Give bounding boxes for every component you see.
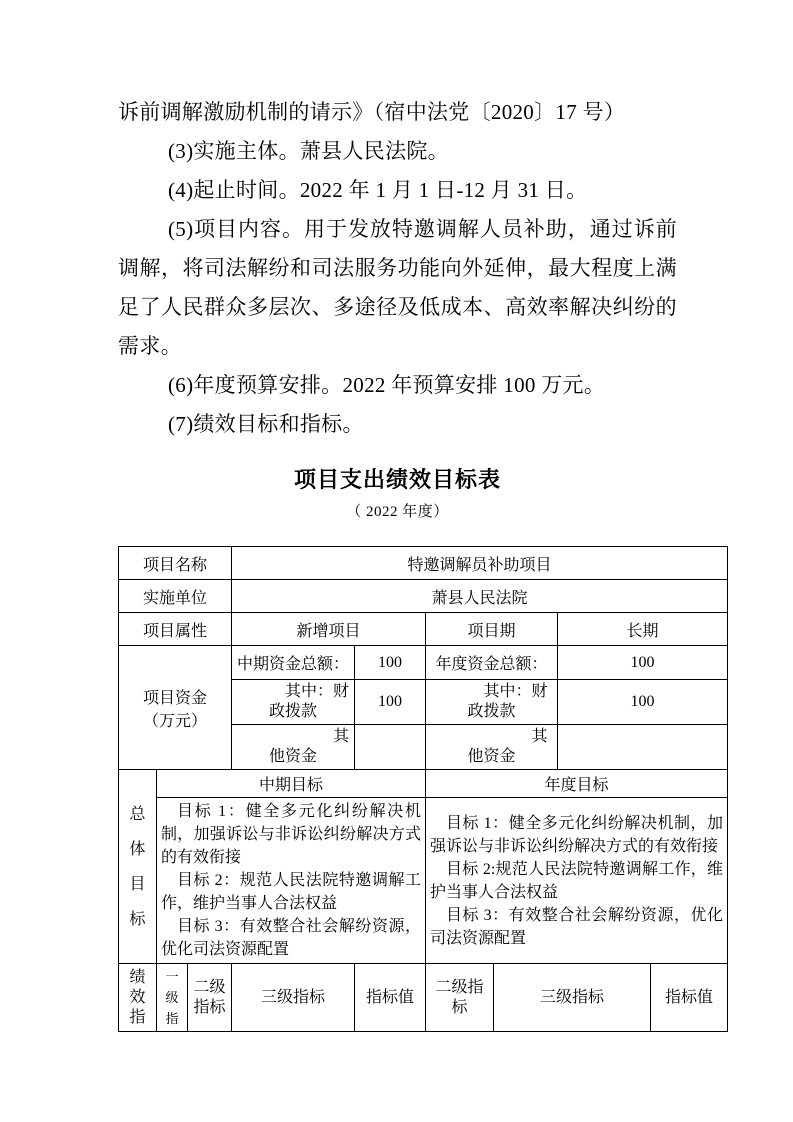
mid-value-header: 指标值 <box>355 964 426 1032</box>
performance-indicator-label: 绩效指 <box>119 964 157 1032</box>
table-title: 项目支出绩效目标表 <box>118 463 677 494</box>
project-funds-label: 项目资金 （万元） <box>119 646 232 770</box>
body-paragraph: (6)年度预算安排。2022 年预算安排 100 万元。 <box>118 366 677 405</box>
level1-indicator-label: 一级指 <box>157 964 188 1032</box>
mid-fiscal-value: 100 <box>355 680 426 725</box>
mid-total-value: 100 <box>355 646 426 680</box>
implementing-unit-value: 萧县人民法院 <box>232 580 728 613</box>
body-paragraph: (5)项目内容。用于发放特邀调解人员补助，通过诉前调解，将司法解纷和司法服务功能… <box>118 210 677 366</box>
annual-fiscal-label: 其中：财政拨款 <box>426 680 558 725</box>
body-paragraph: (4)起止时间。2022 年 1 月 1 日-12 月 31 日。 <box>118 171 677 210</box>
table-subtitle: （ 2022 年度） <box>118 500 677 521</box>
mid-term-goals-cell: 目标 1：健全多元化纠纷解决机制，加强诉讼与非诉讼纠纷解决方式的有效衔接 目标 … <box>157 798 426 964</box>
goal-paragraph: 目标 2:规范人民法院特邀调解工作，维护当事人合法权益 <box>430 858 723 904</box>
annual-level3-header: 三级指标 <box>494 964 651 1032</box>
annual-fiscal-value: 100 <box>558 680 728 725</box>
body-paragraph: (7)绩效目标和指标。 <box>118 405 677 444</box>
goal-paragraph: 目标 3：有效整合社会解纷资源，优化司法资源配置 <box>430 904 723 950</box>
mid-other-value <box>355 725 426 770</box>
annual-total-value: 100 <box>558 646 728 680</box>
body-paragraph: (3)实施主体。萧县人民法院。 <box>118 132 677 171</box>
annual-goal-header: 年度目标 <box>426 770 728 798</box>
annual-other-value <box>558 725 728 770</box>
overall-goal-label: 总体目标 <box>119 770 157 964</box>
mid-total-label: 中期资金总额： <box>232 646 355 680</box>
mid-level3-header: 三级指标 <box>232 964 355 1032</box>
annual-goals-cell: 目标 1：健全多元化纠纷解决机制，加强诉讼与非诉讼纠纷解决方式的有效衔接 目标 … <box>426 798 728 964</box>
mid-level2-header: 二级指标 <box>188 964 232 1032</box>
goal-paragraph: 目标 1：健全多元化纠纷解决机制，加强诉讼与非诉讼纠纷解决方式的有效衔接 <box>430 812 723 858</box>
goal-paragraph: 目标 1：健全多元化纠纷解决机制，加强诉讼与非诉讼纠纷解决方式的有效衔接 <box>161 800 421 869</box>
mid-fiscal-label: 其中：财政拨款 <box>232 680 355 725</box>
document-page: 诉前调解激励机制的请示》（宿中法党〔2020〕17 号） (3)实施主体。萧县人… <box>0 0 793 1122</box>
implementing-unit-label: 实施单位 <box>119 580 232 613</box>
goal-paragraph: 目标 3：有效整合社会解纷资源，优化司法资源配置 <box>161 915 421 961</box>
project-name-label: 项目名称 <box>119 547 232 580</box>
annual-value-header: 指标值 <box>651 964 728 1032</box>
performance-target-table: 项目名称 特邀调解员补助项目 实施单位 萧县人民法院 项目属性 新增项目 项目期… <box>118 546 728 1032</box>
mid-other-label: 其他资金 <box>232 725 355 770</box>
project-name-value: 特邀调解员补助项目 <box>232 547 728 580</box>
annual-total-label: 年度资金总额： <box>426 646 558 680</box>
project-attribute-value: 新增项目 <box>232 613 426 646</box>
body-text-block: 诉前调解激励机制的请示》（宿中法党〔2020〕17 号） (3)实施主体。萧县人… <box>118 93 677 444</box>
goal-paragraph: 目标 2：规范人民法院特邀调解工作，维护当事人合法权益 <box>161 869 421 915</box>
project-attribute-label: 项目属性 <box>119 613 232 646</box>
project-period-value: 长期 <box>558 613 728 646</box>
annual-level2-header: 二级指标 <box>426 964 494 1032</box>
project-period-label: 项目期 <box>426 613 558 646</box>
annual-other-label: 其他资金 <box>426 725 558 770</box>
mid-term-goal-header: 中期目标 <box>157 770 426 798</box>
body-paragraph: 诉前调解激励机制的请示》（宿中法党〔2020〕17 号） <box>118 93 677 132</box>
